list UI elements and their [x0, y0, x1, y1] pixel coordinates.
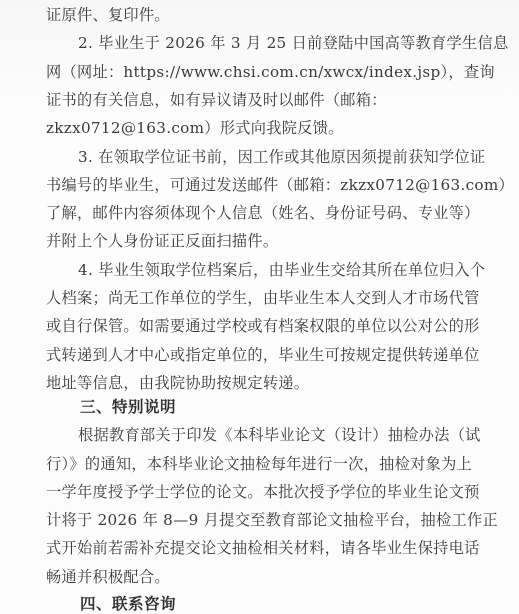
email-line: 书编号的毕业生，可通过发送邮件（邮箱：zkzx0712@163.com）: [46, 171, 462, 199]
item-2-line: 2. 毕业生于 2026 年 3 月 25 日前登陆中国高等教育学生信息: [78, 29, 462, 57]
text-line: 式转递到人才中心或指定单位的，毕业生可按规定提供转递单位: [46, 341, 462, 369]
text-line: 证书的有关信息，如有异议请及时以邮件（邮箱：: [46, 86, 462, 114]
text-line: 一学年度授予学士学位的论文。本批次授予学位的毕业生论文预: [46, 478, 462, 506]
document-page: 证原件、复印件。 2. 毕业生于 2026 年 3 月 25 日前登陆中国高等教…: [0, 0, 519, 614]
text-line: 计将于 2026 年 8—9 月提交至教育部论文抽检平台，抽检工作正: [46, 506, 462, 534]
email-line: zkzx0712@163.com）形式向我院反馈。: [46, 114, 462, 142]
text-line: 根据教育部关于印发《本科毕业论文（设计）抽检办法（试: [78, 421, 462, 449]
section-heading-special-notes: 三、特别说明: [80, 393, 176, 421]
text-line: 了解，邮件内容须体现个人信息（姓名、身份证号码、专业等）: [46, 199, 462, 227]
text-line: 畅通并积极配合。: [46, 563, 462, 591]
text-line: 证原件、复印件。: [46, 1, 462, 29]
text-line: 并附上个人身份证正反面扫描件。: [46, 227, 462, 255]
item-4-line: 4. 毕业生领取学位档案后，由毕业生交给其所在单位归入个: [78, 256, 462, 284]
text-line: 式开始前若需补充提交论文抽检相关材料，请各毕业生保持电话: [46, 534, 462, 562]
url-line: 网（网址：https://www.chsi.com.cn/xwcx/index.…: [46, 58, 462, 86]
text-line: 行）》的通知，本科毕业论文抽检每年进行一次，抽检对象为上: [46, 450, 462, 478]
text-line: 或自行保管。如需要通过学校或有档案权限的单位以公对公的形: [46, 312, 462, 340]
text-line: 人档案；尚无工作单位的学生，由毕业生本人交到人才市场代管: [46, 284, 462, 312]
section-heading-contact: 四、联系咨询: [80, 590, 176, 614]
item-3-line: 3. 在领取学位证书前，因工作或其他原因须提前获知学位证: [78, 143, 462, 171]
